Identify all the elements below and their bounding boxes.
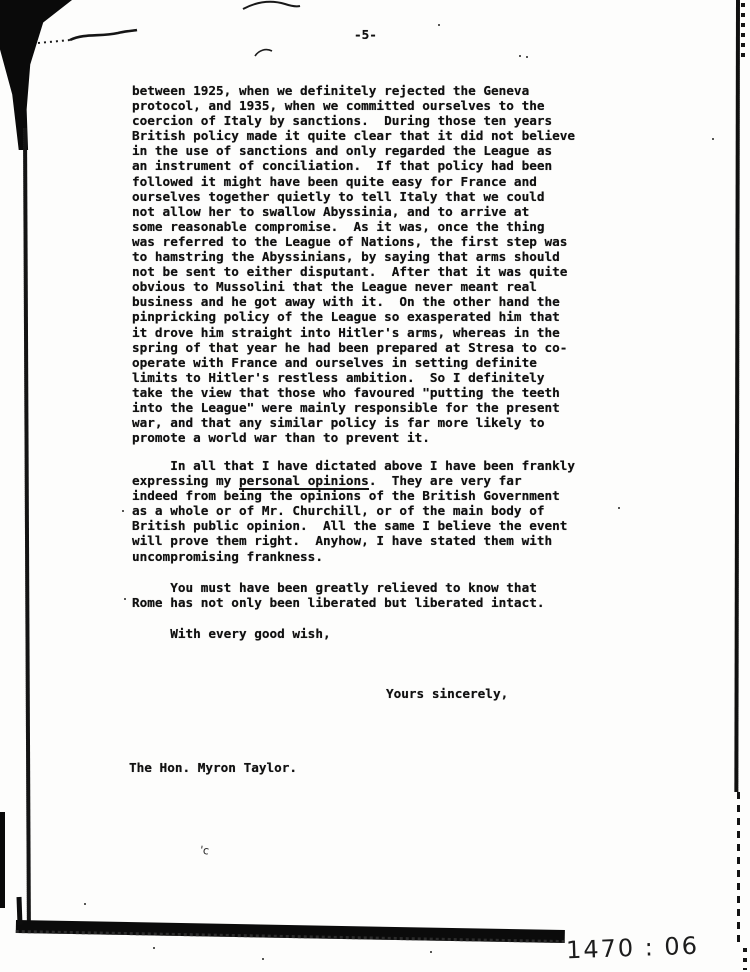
scan-speck xyxy=(519,55,521,57)
scan-right-edge-line-broken xyxy=(737,792,740,947)
addressee-line: The Hon. Myron Taylor. xyxy=(129,760,297,775)
scan-left-edge-strip xyxy=(0,812,5,908)
scan-speck xyxy=(124,598,126,600)
scan-corner-wedge-artifact xyxy=(0,0,72,150)
paragraph-1: between 1925, when we definitely rejecte… xyxy=(132,83,575,445)
scan-bottom-left-corner-blob xyxy=(17,897,23,925)
scan-left-edge-line xyxy=(23,128,31,928)
paragraph-2: In all that I have dictated above I have… xyxy=(132,458,575,564)
closing-salutation: Yours sincerely, xyxy=(386,686,508,701)
scan-speck xyxy=(84,903,86,905)
scan-speck xyxy=(712,138,714,140)
paragraph-4: With every good wish, xyxy=(132,626,331,641)
handwritten-file-number: 1470 : 06 xyxy=(566,932,700,965)
scan-edge-dashes-top-right xyxy=(741,3,745,59)
scan-bottom-edge-bar xyxy=(16,920,565,943)
scanned-letter-page: -5- between 1925, when we definitely rej… xyxy=(0,0,750,972)
scan-speck xyxy=(430,951,432,953)
pencil-mark: 'c xyxy=(199,843,210,857)
scan-speck xyxy=(153,947,155,949)
scan-speck xyxy=(438,24,440,26)
scan-speck xyxy=(262,958,264,960)
paragraph-3: You must have been greatly relieved to k… xyxy=(132,580,544,610)
scan-right-edge-line xyxy=(734,0,740,792)
scan-speck xyxy=(122,510,124,512)
scan-speck xyxy=(618,507,620,509)
page-number: -5- xyxy=(354,27,377,42)
scan-speck xyxy=(526,56,528,58)
scan-edge-dashes-bottom-right xyxy=(743,948,747,970)
